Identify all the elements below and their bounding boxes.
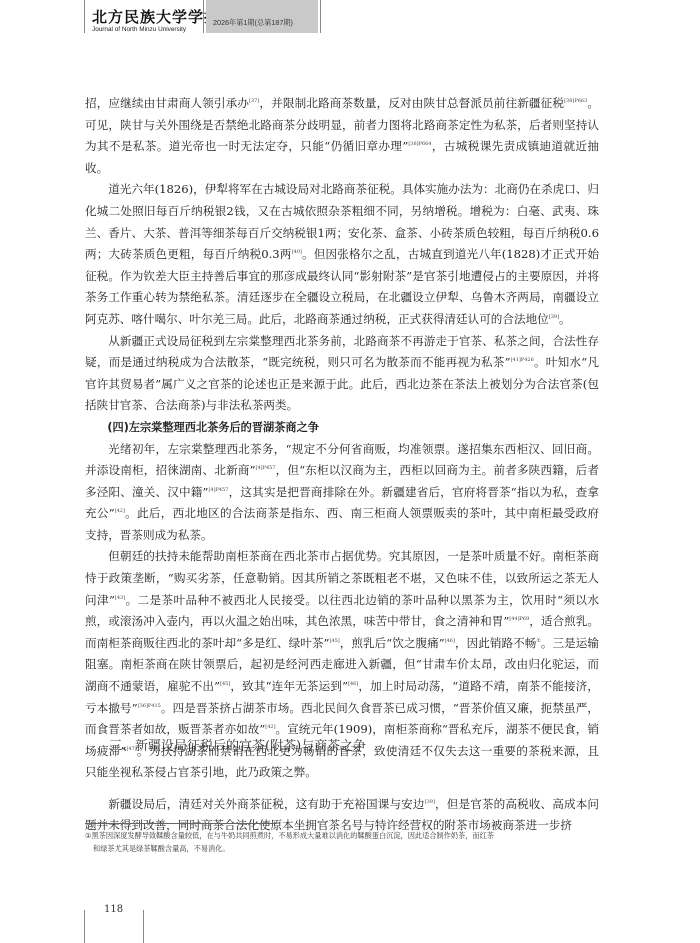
footnote-line-2: 和绿茶尤其是绿茶鞣酸含量高，不易消化。: [85, 842, 599, 855]
text: ，煎乳后“饮之腹痛”: [340, 636, 445, 650]
text: 招，应继续由甘肃商人领引承办: [85, 96, 249, 110]
issue-label: 2026年第1期(总第187期): [213, 18, 293, 28]
text: 。: [559, 312, 571, 326]
text: ，致其“连年无茶运到”: [230, 679, 348, 693]
citation: [38]P664: [408, 141, 431, 147]
text: 。此后，西北地区的合法商茶是指东、西、南三柜商人领票贩卖的茶叶，其中南柜最受政府…: [85, 506, 599, 542]
citation: [46]: [348, 681, 358, 687]
footnote-line-1: ①黑茶因深度发酵导致鞣酸含量较低，在与牛奶共同煎煮时，不易形成大量难以消化的鞣酸…: [85, 831, 494, 840]
footer-divider-right: [143, 910, 144, 943]
citation: [39]: [425, 799, 435, 805]
citation: [42]: [265, 724, 275, 730]
text: ，并限制北路商茶数量，反对由陕甘总督派员前往新疆征税: [259, 96, 564, 110]
citation: [37]: [249, 98, 259, 104]
paragraph-2: 道光六年(1826)，伊犁将军在古城设局对北路商茶征税。具体实施办法为：北商仍在…: [85, 179, 599, 330]
journal-logo: 北方民族大学学报 Journal of North Minzu Universi…: [92, 8, 202, 34]
citation: [40]: [292, 249, 302, 255]
footer-divider-left: [84, 910, 85, 943]
header-divider-left: [84, 0, 85, 33]
citation: [43]: [115, 595, 125, 601]
citation: [4]P457: [256, 465, 276, 471]
section-heading: 三、新疆设局征税后的官茶(附茶)与商茶之争: [109, 735, 366, 754]
text: ，因此销路不畅: [455, 636, 536, 650]
citation: [45]: [329, 638, 339, 644]
text: 。二是茶叶品种不被西北人民接受。以往西北边销的茶叶品种以黑茶为主，饮用时“须以水…: [85, 593, 599, 629]
subsection-heading: (四)左宗棠整理西北茶务后的晋湖茶商之争: [85, 417, 599, 439]
citation: [38]P663: [564, 98, 587, 104]
paragraph-3: 从新疆正式设局征税到左宗棠整理西北茶务前，北路商茶不再游走于官茶、私茶之间，合法…: [85, 331, 599, 417]
paragraph-1: 招，应继续由甘肃商人领引承办[37]，并限制北路商茶数量，反对由陕甘总督派员前往…: [85, 93, 599, 179]
page-number: 118: [104, 904, 123, 915]
citation: [44]P69: [509, 616, 529, 622]
citation: [4]P457: [208, 487, 228, 493]
citation: [42]: [115, 508, 125, 514]
journal-title-en: Journal of North Minzu University: [92, 26, 202, 34]
citation: [45]: [220, 681, 230, 687]
citation: [46]: [445, 638, 455, 644]
issue-box: 2026年第1期(总第187期): [206, 0, 318, 33]
citation: [39]: [549, 314, 559, 320]
citation: [36]P415: [138, 703, 161, 709]
text: 新疆设局后，清廷对关外商茶征税，这有助于充裕国课与安边: [108, 797, 424, 811]
journal-title-cn: 北方民族大学学报: [92, 8, 202, 26]
text: 从新疆正式设局征税到左宗棠整理西北茶务前，北路商茶不再游走于官茶、私茶之间，合法…: [85, 334, 599, 370]
footnote-rule: [85, 823, 277, 824]
article-body: 招，应继续由甘肃商人领引承办[37]，并限制北路商茶数量，反对由陕甘总督派员前往…: [85, 93, 599, 784]
header-divider-right: [320, 0, 321, 33]
footnote: ①黑茶因深度发酵导致鞣酸含量较低，在与牛奶共同煎煮时，不易形成大量难以消化的鞣酸…: [85, 829, 599, 855]
citation: [41]P426: [511, 357, 534, 363]
paragraph-4: 光绪初年，左宗棠整理西北茶务，“规定不分何省商贩，均准领票。遂招集东西柜汉、回旧…: [85, 439, 599, 547]
